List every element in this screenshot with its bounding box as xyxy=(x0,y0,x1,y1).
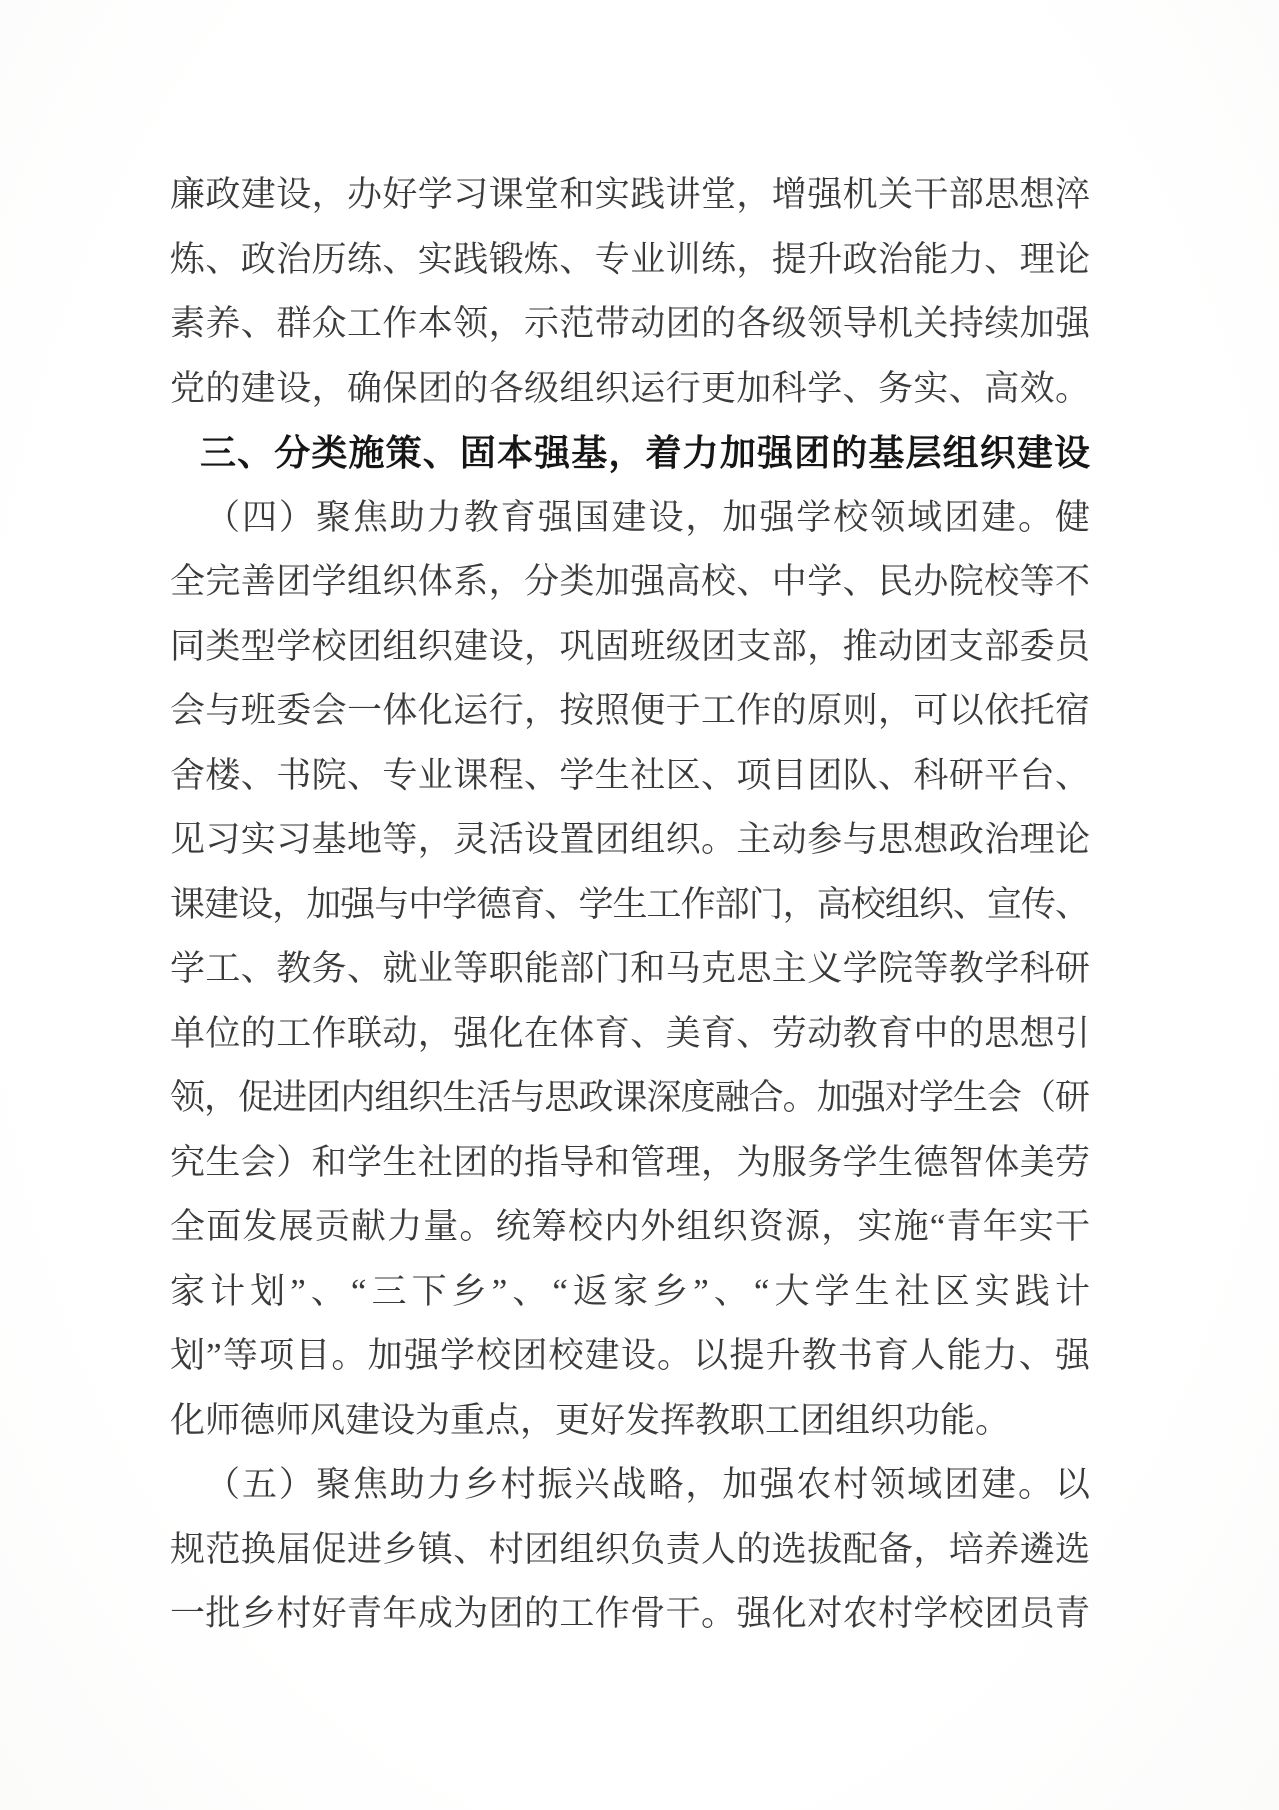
text-line: 同类型学校团组织建设，巩固班级团支部，推动团支部委员 xyxy=(170,615,1090,680)
line-text: 炼、政治历练、实践锻炼、专业训练，提升政治能力、理论 xyxy=(170,240,1090,279)
line-text: 课建设，加强与中学德育、学生工作部门，高校组织、宣传、 xyxy=(170,885,1089,924)
text-line: 单位的工作联动，强化在体育、美育、劳动教育中的思想引 xyxy=(170,1002,1090,1067)
text-line: 规范换届促进乡镇、村团组织负责人的选拔配备，培养遴选 xyxy=(170,1518,1090,1583)
text-line: 炼、政治历练、实践锻炼、专业训练，提升政治能力、理论 xyxy=(170,228,1090,293)
text-line: 廉政建设，办好学习课堂和实践讲堂，增强机关干部思想淬 xyxy=(170,163,1090,228)
line-text: 领，促进团内组织生活与思政课深度融合。加强对学生会（研 xyxy=(170,1078,1089,1117)
text-line: 家计划”、“三下乡”、“返家乡”、“大学生社区实践计 xyxy=(170,1260,1090,1325)
line-text: 见习实习基地等，灵活设置团组织。主动参与思想政治理论 xyxy=(170,820,1090,859)
line-text: （四）聚焦助力教育强国建设，加强学校领域团建。健 xyxy=(205,498,1092,537)
line-text: 化师德师风建设为重点，更好发挥教职工团组织功能。 xyxy=(170,1401,1010,1440)
line-text: 廉政建设，办好学习课堂和实践讲堂，增强机关干部思想淬 xyxy=(170,175,1090,214)
section-heading: 三、分类施策、固本强基，着力加强团的基层组织建设 xyxy=(170,421,1090,486)
line-text: 家计划”、“三下乡”、“返家乡”、“大学生社区实践计 xyxy=(170,1272,1095,1311)
line-text: 规范换届促进乡镇、村团组织负责人的选拔配备，培养遴选 xyxy=(170,1530,1090,1569)
line-text: 一批乡村好青年成为团的工作骨干。强化对农村学校团员青 xyxy=(170,1594,1090,1633)
text-line: 全面发展贡献力量。统筹校内外组织资源，实施“青年实干 xyxy=(170,1195,1090,1260)
text-line: 划”等项目。加强学校团校建设。以提升教书育人能力、强 xyxy=(170,1324,1090,1389)
line-text: 同类型学校团组织建设，巩固班级团支部，推动团支部委员 xyxy=(170,627,1090,666)
line-text: 学工、教务、就业等职能部门和马克思主义学院等教学科研 xyxy=(170,949,1090,988)
line-text: 单位的工作联动，强化在体育、美育、劳动教育中的思想引 xyxy=(170,1014,1090,1053)
text-line: 课建设，加强与中学德育、学生工作部门，高校组织、宣传、 xyxy=(170,873,1090,938)
line-text: 全面发展贡献力量。统筹校内外组织资源，实施“青年实干 xyxy=(170,1207,1091,1246)
line-text: 舍楼、书院、专业课程、学生社区、项目团队、科研平台、 xyxy=(170,756,1090,795)
text-line: 舍楼、书院、专业课程、学生社区、项目团队、科研平台、 xyxy=(170,744,1090,809)
text-line: 会与班委会一体化运行，按照便于工作的原则，可以依托宿 xyxy=(170,679,1090,744)
text-line: 党的建设，确保团的各级组织运行更加科学、务实、高效。 xyxy=(170,357,1090,422)
line-text: 三、分类施策、固本强基，着力加强团的基层组织建设 xyxy=(200,432,1091,473)
text-line: （四）聚焦助力教育强国建设，加强学校领域团建。健 xyxy=(170,486,1090,551)
line-text: 会与班委会一体化运行，按照便于工作的原则，可以依托宿 xyxy=(170,691,1090,730)
line-text: 党的建设，确保团的各级组织运行更加科学、务实、高效。 xyxy=(170,369,1090,408)
text-line: 素养、群众工作本领，示范带动团的各级领导机关持续加强 xyxy=(170,292,1090,357)
line-text: 究生会）和学生社团的指导和管理，为服务学生德智体美劳 xyxy=(170,1143,1090,1182)
text-line: 全完善团学组织体系，分类加强高校、中学、民办院校等不 xyxy=(170,550,1090,615)
document-page: 廉政建设，办好学习课堂和实践讲堂，增强机关干部思想淬炼、政治历练、实践锻炼、专业… xyxy=(0,0,1279,1810)
text-line: 领，促进团内组织生活与思政课深度融合。加强对学生会（研 xyxy=(170,1066,1090,1131)
text-line: 究生会）和学生社团的指导和管理，为服务学生德智体美劳 xyxy=(170,1131,1090,1196)
text-line: 化师德师风建设为重点，更好发挥教职工团组织功能。 xyxy=(170,1389,1090,1454)
text-line: 一批乡村好青年成为团的工作骨干。强化对农村学校团员青 xyxy=(170,1582,1090,1647)
text-column: 廉政建设，办好学习课堂和实践讲堂，增强机关干部思想淬炼、政治历练、实践锻炼、专业… xyxy=(170,163,1090,1647)
line-text: 划”等项目。加强学校团校建设。以提升教书育人能力、强 xyxy=(170,1336,1091,1375)
line-text: 全完善团学组织体系，分类加强高校、中学、民办院校等不 xyxy=(170,562,1090,601)
line-text: 素养、群众工作本领，示范带动团的各级领导机关持续加强 xyxy=(170,304,1090,343)
text-line: （五）聚焦助力乡村振兴战略，加强农村领域团建。以 xyxy=(170,1453,1090,1518)
text-line: 见习实习基地等，灵活设置团组织。主动参与思想政治理论 xyxy=(170,808,1090,873)
line-text: （五）聚焦助力乡村振兴战略，加强农村领域团建。以 xyxy=(205,1465,1092,1504)
text-line: 学工、教务、就业等职能部门和马克思主义学院等教学科研 xyxy=(170,937,1090,1002)
